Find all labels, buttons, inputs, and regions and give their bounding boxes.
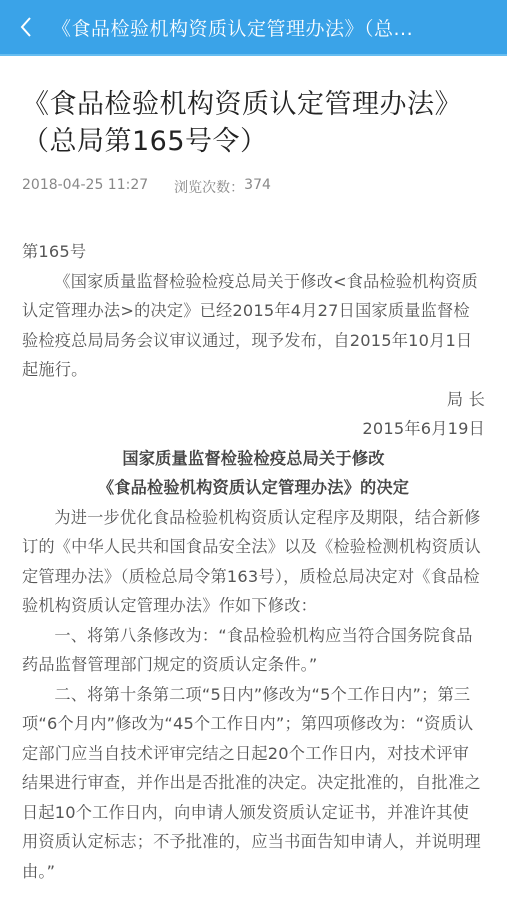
article-body: 第165号 《国家质量监督检验检疫总局关于修改<食品检验机构资质认定管理办法>的… <box>22 237 485 886</box>
views-number: 374 <box>244 177 271 197</box>
order-number: 第165号 <box>22 237 485 267</box>
views-label: 浏览次数： <box>174 177 244 197</box>
view-count: 浏览次数： 374 <box>174 177 271 197</box>
top-navigation-bar: 《食品检验机构资质认定管理办法》（总... <box>0 0 507 56</box>
chevron-left-icon <box>19 16 33 38</box>
signatory: 局 长 <box>22 385 485 415</box>
article-content: 《食品检验机构资质认定管理办法》（总局第165号令） 2018-04-25 11… <box>0 86 507 886</box>
decision-title-line1: 国家质量监督检验检疫总局关于修改 <box>22 444 485 474</box>
sign-date: 2015年6月19日 <box>22 414 485 444</box>
article-title: 《食品检验机构资质认定管理办法》（总局第165号令） <box>22 86 485 160</box>
nav-title: 《食品检验机构资质认定管理办法》（总... <box>52 14 413 41</box>
decision-title-line2: 《食品检验机构资质认定管理办法》的决定 <box>22 473 485 503</box>
publish-date: 2018-04-25 11:27 <box>22 177 148 197</box>
intro-paragraph: 《国家质量监督检验检疫总局关于修改<食品检验机构资质认定管理办法>的决定》已经2… <box>22 267 485 385</box>
article-meta: 2018-04-25 11:27 浏览次数： 374 <box>22 177 485 197</box>
body-paragraph: 二、将第十条第二项“5日内”修改为“5个工作日内”；第三项“6个月内”修改为“4… <box>22 680 485 887</box>
back-button[interactable] <box>0 0 52 54</box>
body-paragraph: 为进一步优化食品检验机构资质认定程序及期限，结合新修订的《中华人民共和国食品安全… <box>22 503 485 621</box>
body-paragraph: 一、将第八条修改为：“食品检验机构应当符合国务院食品药品监督管理部门规定的资质认… <box>22 621 485 680</box>
